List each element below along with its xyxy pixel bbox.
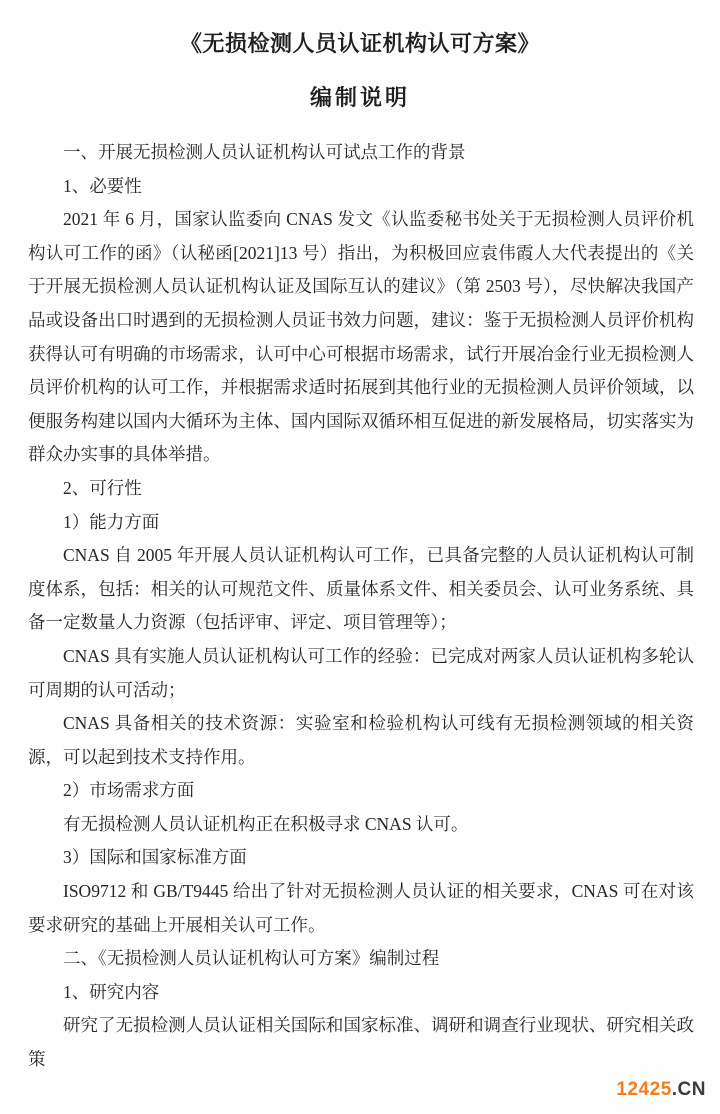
document-body: 一、开展无损检测人员认证机构认可试点工作的背景 1、必要性 2021 年 6 月… <box>0 112 720 1077</box>
paragraph-standards: ISO9712 和 GB/T9445 给出了针对无损检测人员认证的相关要求，CN… <box>28 875 694 942</box>
site-watermark: 12425.CN <box>616 1079 706 1101</box>
document-page: 《无损检测人员认证机构认可方案》 编制说明 一、开展无损检测人员认证机构认可试点… <box>0 0 720 1114</box>
paragraph-necessity-detail: 2021 年 6 月，国家认监委向 CNAS 发文《认监委秘书处关于无损检测人员… <box>28 203 694 472</box>
subheading-market-demand: 2）市场需求方面 <box>28 774 694 808</box>
paragraph-capability-system: CNAS 自 2005 年开展人员认证机构认可工作，已具备完整的人员认证机构认可… <box>28 539 694 640</box>
subheading-feasibility: 2、可行性 <box>28 472 694 506</box>
section-heading-process: 二、《无损检测人员认证机构认可方案》编制过程 <box>28 942 694 976</box>
site-watermark-suffix: .CN <box>672 1079 706 1100</box>
document-title: 《无损检测人员认证机构认可方案》 <box>0 0 720 58</box>
document-subtitle: 编制说明 <box>0 58 720 112</box>
paragraph-research-content: 研究了无损检测人员认证相关国际和国家标准、调研和调查行业现状、研究相关政策 <box>28 1009 694 1076</box>
paragraph-market-demand: 有无损检测人员认证机构正在积极寻求 CNAS 认可。 <box>28 808 694 842</box>
subheading-research-content: 1、研究内容 <box>28 976 694 1010</box>
subheading-standards: 3）国际和国家标准方面 <box>28 841 694 875</box>
subheading-capability: 1）能力方面 <box>28 506 694 540</box>
paragraph-capability-resources: CNAS 具备相关的技术资源：实验室和检验机构认可线有无损检测领域的相关资源，可… <box>28 707 694 774</box>
site-watermark-name: 12425 <box>616 1079 671 1100</box>
paragraph-capability-experience: CNAS 具有实施人员认证机构认可工作的经验：已完成对两家人员认证机构多轮认可周… <box>28 640 694 707</box>
section-heading-background: 一、开展无损检测人员认证机构认可试点工作的背景 <box>28 136 694 170</box>
subheading-necessity: 1、必要性 <box>28 170 694 204</box>
